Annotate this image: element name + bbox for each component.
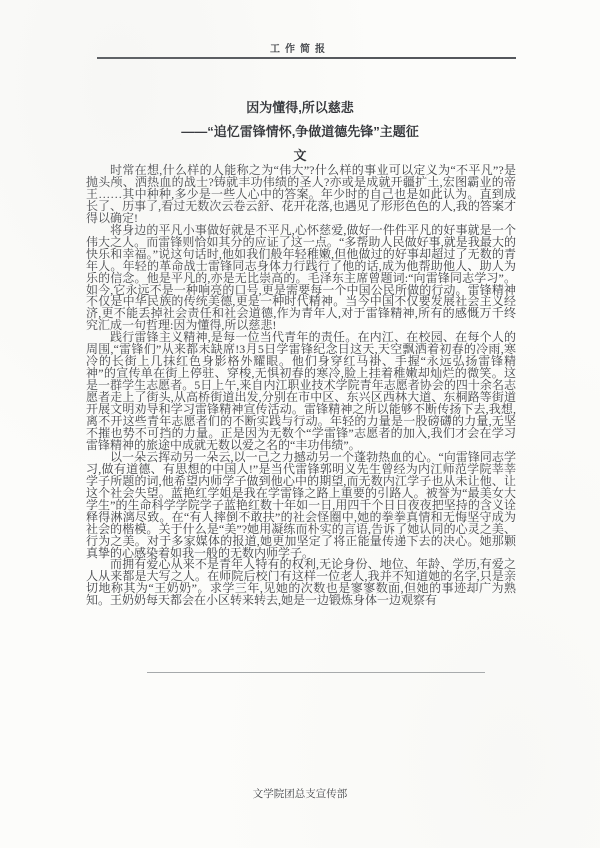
footer-separator-rule (147, 672, 485, 673)
body-paragraph: 将身边的平凡小事做好就是不平凡,心怀慈爱,做好一件件平凡的好事就是一个伟大之人。… (86, 225, 516, 333)
body-paragraph: 时常在想,什么样的人能称之为“伟大”?什么样的事业可以定义为“不平凡”?是抛头颅… (86, 165, 516, 225)
body-paragraph: 而拥有爱心从来不是青年人特有的权利,无论身份、地位、年龄、学历,有爱之人从来都是… (86, 559, 516, 607)
scanned-document-page: 工作简报 因为懂得,所以慈悲 ——“追忆雷锋情怀,争做道德先锋”主题征 文 时常… (0, 0, 600, 848)
header-rule (97, 57, 516, 59)
footer-department: 文学院团总支宣传部 (0, 786, 600, 801)
article-body: 时常在想,什么样的人能称之为“伟大”?什么样的事业可以定义为“不平凡”?是抛头颅… (86, 165, 516, 607)
header-title: 工作简报 (0, 40, 600, 55)
body-paragraph: 以一朵云挥动另一朵云,以一己之力撼动另一个蓬勃热血的心。“向雷锋同志学习,做有道… (86, 452, 516, 560)
body-paragraph: 践行雷锋主义精神,是每一位当代青年的责任。在内江、在校园、在每个人的周围,“雷锋… (86, 332, 516, 452)
article-title-block: 因为懂得,所以慈悲 ——“追忆雷锋情怀,争做道德先锋”主题征 文 (60, 96, 540, 168)
article-subtitle-line1: ——“追忆雷锋情怀,争做道德先锋”主题征 (60, 120, 540, 144)
article-title: 因为懂得,所以慈悲 (60, 96, 540, 120)
